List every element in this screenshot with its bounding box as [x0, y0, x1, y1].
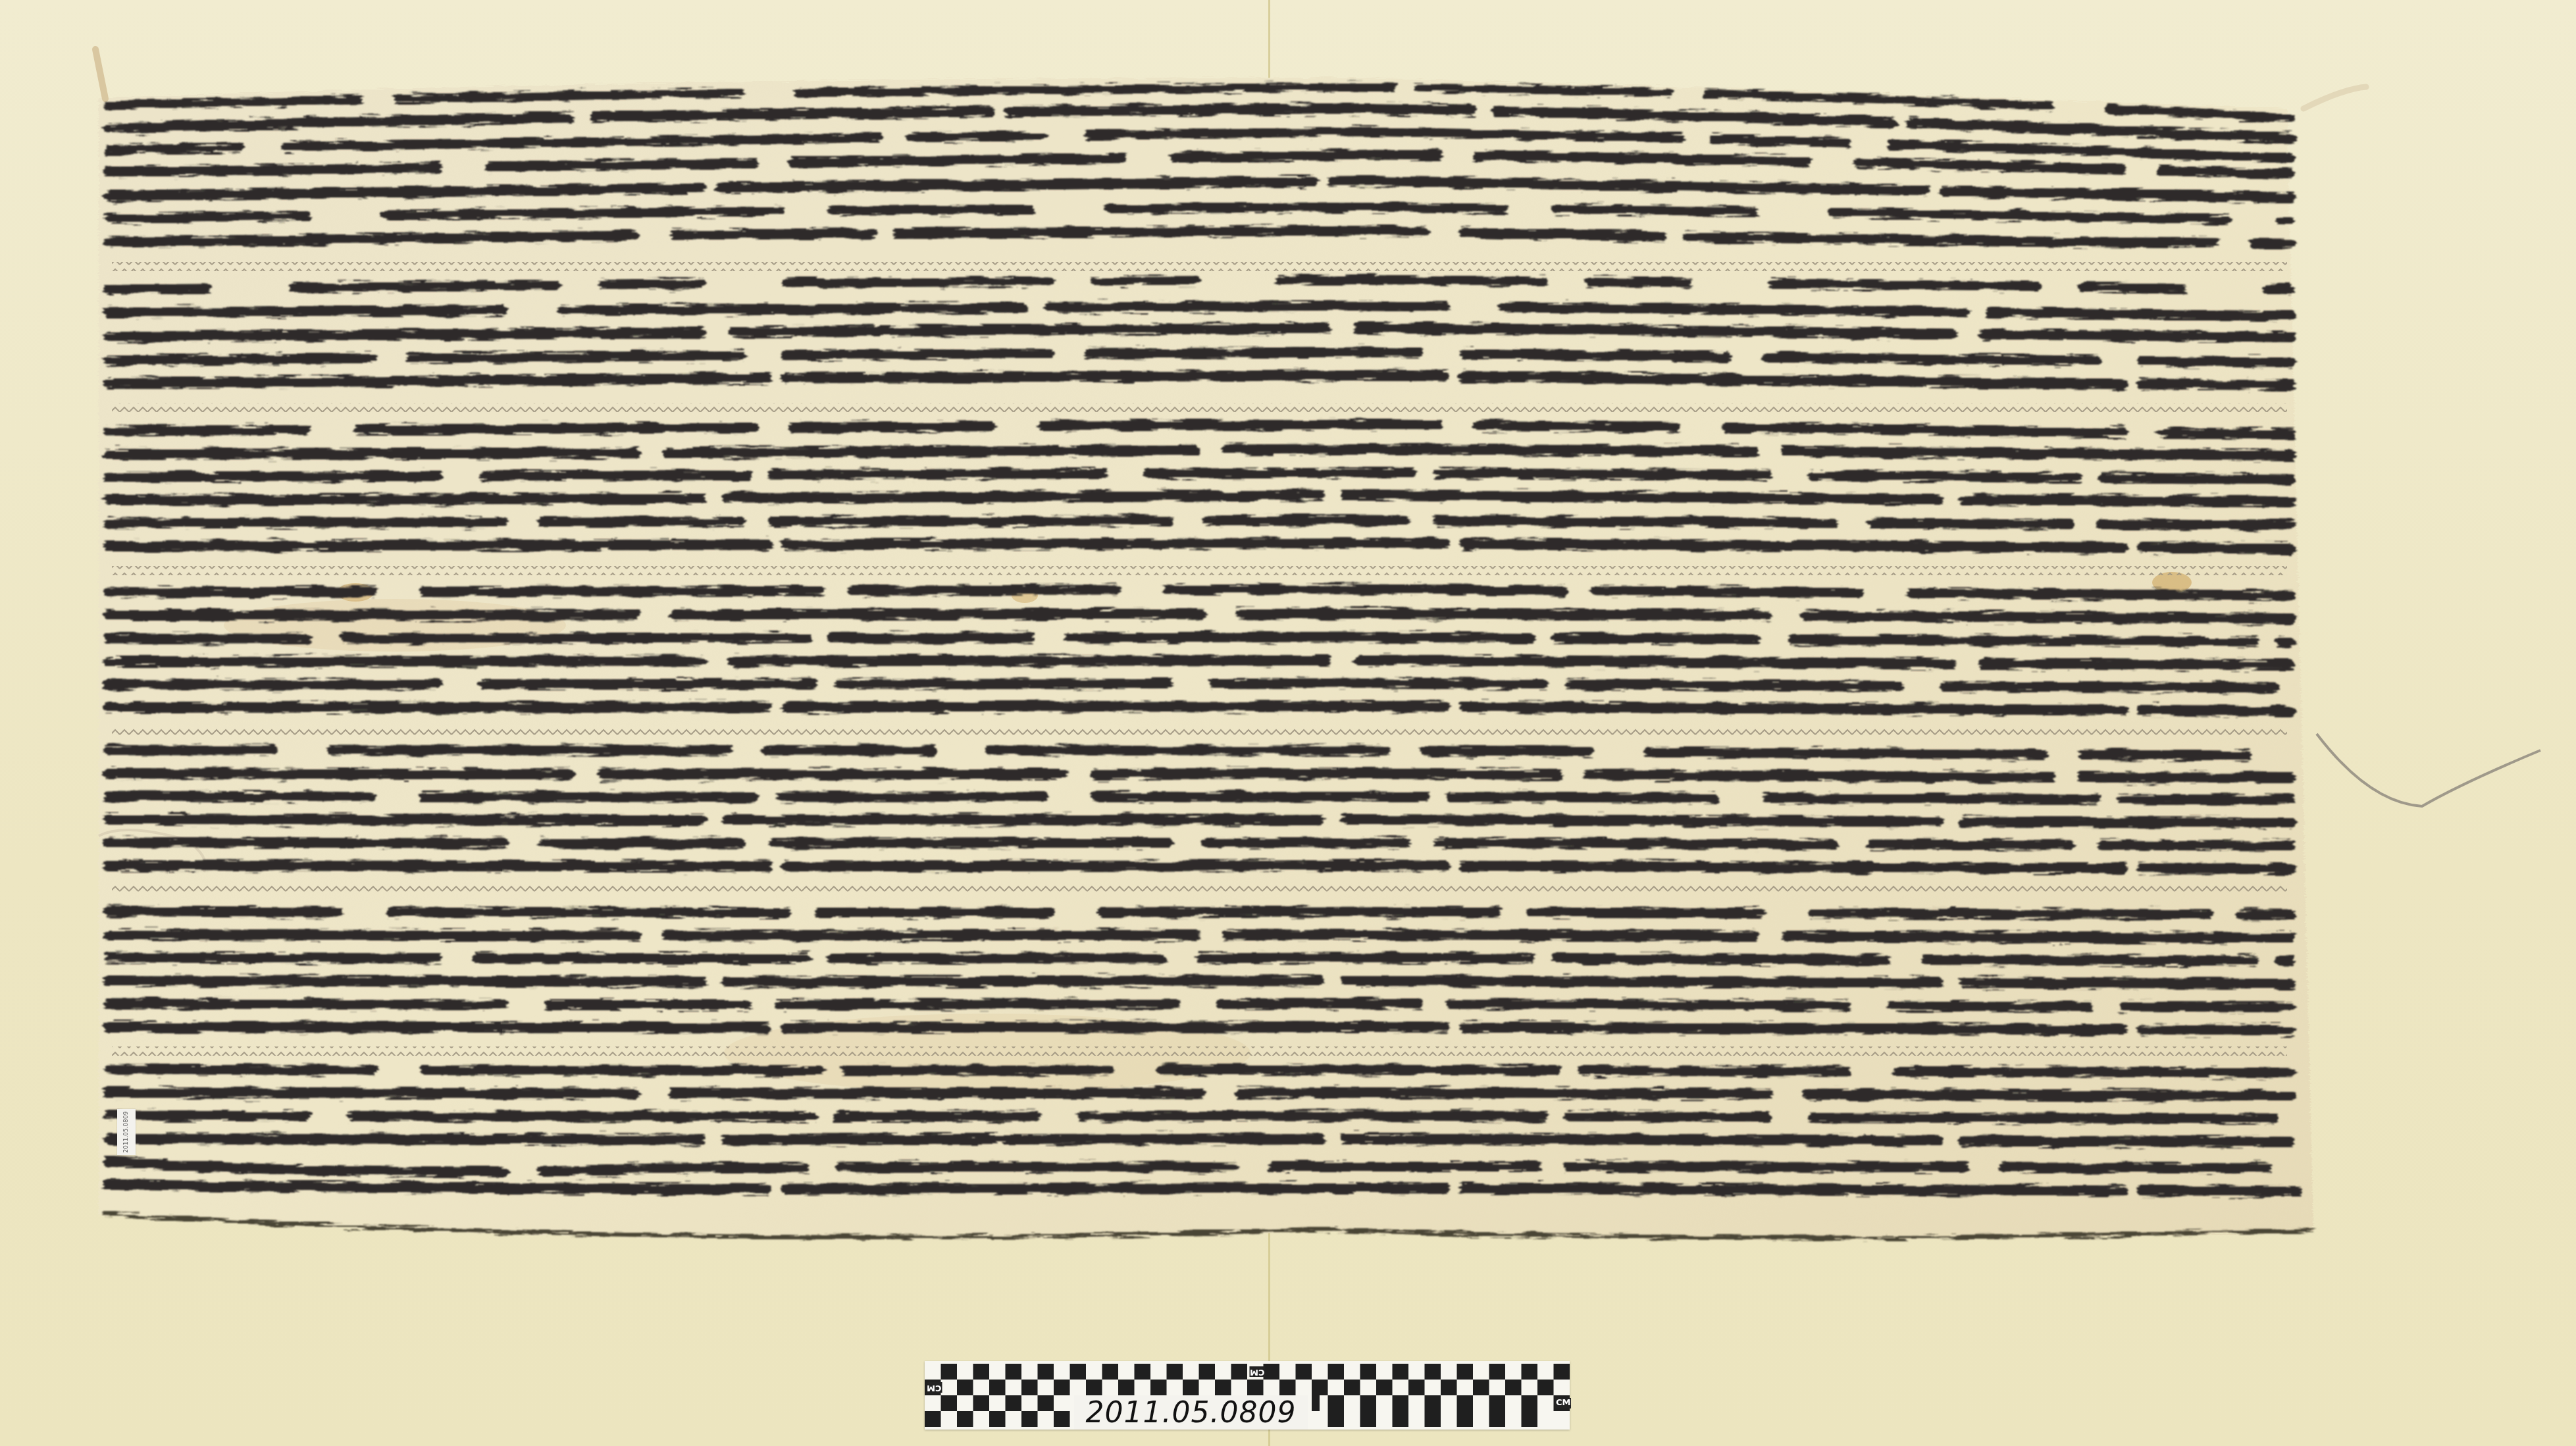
stain-spot — [224, 599, 566, 652]
textile — [0, 0, 2576, 1446]
accession-number-label: 2011.05.0809 — [1074, 1395, 1308, 1430]
fringe-thread-top-right — [2304, 87, 2366, 109]
cm-mark-center: CM — [1249, 1366, 1265, 1377]
catalog-tag-text: 2011.05.0809 — [123, 1112, 130, 1153]
cm-mark-left: CM — [926, 1382, 942, 1393]
fringe-thread-top-left — [95, 49, 105, 99]
photo-scene: 2011.05.0809 CM CM CM 2011.05.0809 — [0, 0, 2576, 1446]
catalog-tag: 2011.05.0809 — [117, 1109, 136, 1155]
cm-mark-right: CM — [1555, 1398, 1571, 1408]
loose-thread-right — [2317, 734, 2540, 806]
